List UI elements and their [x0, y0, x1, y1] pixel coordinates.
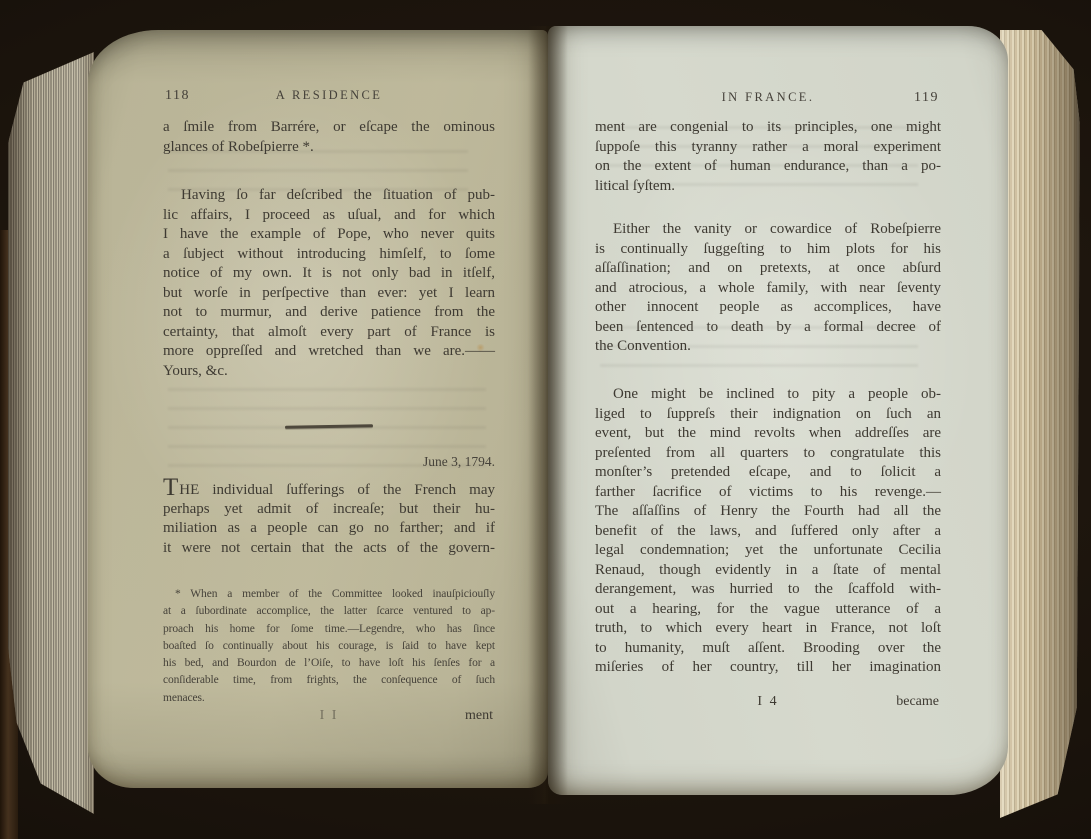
text-line: miliation as a people can go no farther;… [163, 519, 495, 539]
text-line: but worſe in perſpective than ever: yet … [163, 284, 495, 304]
paragraph-continuation: ment are congenial to its principles, on… [595, 118, 941, 196]
paragraph: Either the vanity or cowardice of Robeſp… [595, 220, 941, 357]
letter-opening-paragraph: THE individual ſufferings of the French … [163, 480, 495, 558]
text-line: a ſmile from Barrére, or eſcape the omin… [163, 118, 495, 138]
initial-capital: T [163, 481, 178, 495]
text-line: not to murmur, and derive patience from … [163, 303, 495, 323]
text-line: preſented from all quarters to congratul… [595, 444, 941, 464]
footnote: * When a member of the Committee looked … [163, 586, 495, 707]
text-line: truth, to which every heart in France, n… [595, 619, 941, 639]
text-line: to humanity, muſt aſſent. Brooding over … [595, 639, 941, 659]
text-line: lic affairs, I proceed as uſual, and for… [163, 206, 495, 226]
text-line: monſter’s pretended eſcape, and to ſolic… [595, 463, 941, 483]
right-fore-edge-pages [1000, 30, 1080, 818]
text-line: Renaud, though evidently in a ſtate of m… [595, 561, 941, 581]
text-line: benefit of the laws, and ſuffered only a… [595, 522, 941, 542]
text-line: liged to ſuppreſs their indignation on ſ… [595, 405, 941, 425]
text-line: other innocent people as accomplices, ha… [595, 298, 941, 318]
catchword: ment [465, 708, 493, 724]
text-line: and atrocious, a whole family, with near… [595, 279, 941, 299]
text-line: I have the example of Pope, who never qu… [163, 225, 495, 245]
text-line: * When a member of the Committee looked … [163, 586, 495, 603]
text-line: Either the vanity or cowardice of Robeſp… [595, 220, 941, 240]
text-line: his bed, and Bourdon de l’Oiſe, to have … [163, 655, 495, 672]
right-running-title: IN FRANCE. [595, 90, 941, 105]
text-line: ment are congenial to its principles, on… [595, 118, 941, 138]
paragraph: Having ſo far deſcribed the ſituation of… [163, 186, 495, 381]
text-line: menaces. [163, 690, 495, 707]
text-line: more oppreſſed and wretched than we are.… [163, 342, 495, 362]
left-page-number: 118 [165, 88, 190, 104]
left-fore-edge-pages [8, 52, 94, 814]
text-line: legal condemnation; yet the unfortunate … [595, 541, 941, 561]
text-line: glances of Robeſpierre *. [163, 138, 495, 158]
text-line: Yours, &c. [163, 362, 495, 382]
text-line: at a ſubordinate accomplice, the latter … [163, 603, 495, 620]
text-line: been ſentenced to death by a formal decr… [595, 318, 941, 338]
text-line: One might be inclined to pity a people o… [595, 385, 941, 405]
text-line: certainty, that almoſt every part of Fra… [163, 323, 495, 343]
text-line: it were not certain that the acts of the… [163, 539, 495, 559]
text-line: conſiderable time, from frights, the con… [163, 672, 495, 689]
left-page: 118 A RESIDENCE a ſmile from Barrére, or… [88, 30, 548, 788]
text-line: boaſted ſo continually about his courage… [163, 638, 495, 655]
signature-mark: I I [163, 708, 495, 724]
text-line: a ſubject without introducing himſelf, t… [163, 245, 495, 265]
dateline: June 3, 1794. [163, 454, 495, 470]
text-line: on the extent of human endurance, than a… [595, 157, 941, 177]
text-line: out a hearing, for the vague utterance o… [595, 600, 941, 620]
text-line: The aſſaſſins of Henry the Fourth had al… [595, 502, 941, 522]
right-running-header: IN FRANCE. 119 [595, 90, 941, 108]
paragraph-continuation: a ſmile from Barrére, or eſcape the omin… [163, 118, 495, 157]
text-line: litical ſyſtem. [595, 177, 941, 197]
text-line: aſſaſſination; and on pretexts, at once … [595, 259, 941, 279]
left-running-title: A RESIDENCE [163, 88, 495, 103]
catchword: became [896, 694, 939, 710]
right-page: IN FRANCE. 119 ment are congenial to its… [548, 26, 1008, 795]
section-rule [285, 424, 373, 429]
text-line: THE individual ſufferings of the French … [163, 480, 495, 500]
paragraph: One might be inclined to pity a people o… [595, 385, 941, 678]
text-line: derangement, was hurried to the ſcaffold… [595, 580, 941, 600]
text-line: notice of my own. It is not only bad in … [163, 264, 495, 284]
text-line: ſuppoſe this tyranny rather a moral expe… [595, 138, 941, 158]
text-line: the Convention. [595, 337, 941, 357]
text-line: proach his home for ſome time.—Legendre,… [163, 621, 495, 638]
text-line: is continually ſuggeſting to him plots f… [595, 240, 941, 260]
left-page-footer: I I ment [163, 708, 495, 728]
right-page-number: 119 [914, 90, 939, 106]
right-page-footer: I 4 became [595, 694, 941, 714]
text-line: Having ſo far deſcribed the ſituation of… [163, 186, 495, 206]
book-spread-photo: 118 A RESIDENCE a ſmile from Barrére, or… [0, 0, 1091, 839]
text-line: perhaps yet admit of increaſe; but their… [163, 500, 495, 520]
text-line: event, but the mind revolts when addreſſ… [595, 424, 941, 444]
text-line: miſeries of her country, till her imagin… [595, 658, 941, 678]
text-line: farther ſacrifice of victims to his reve… [595, 483, 941, 503]
left-running-header: 118 A RESIDENCE [163, 88, 495, 106]
signature-mark: I 4 [595, 694, 941, 710]
